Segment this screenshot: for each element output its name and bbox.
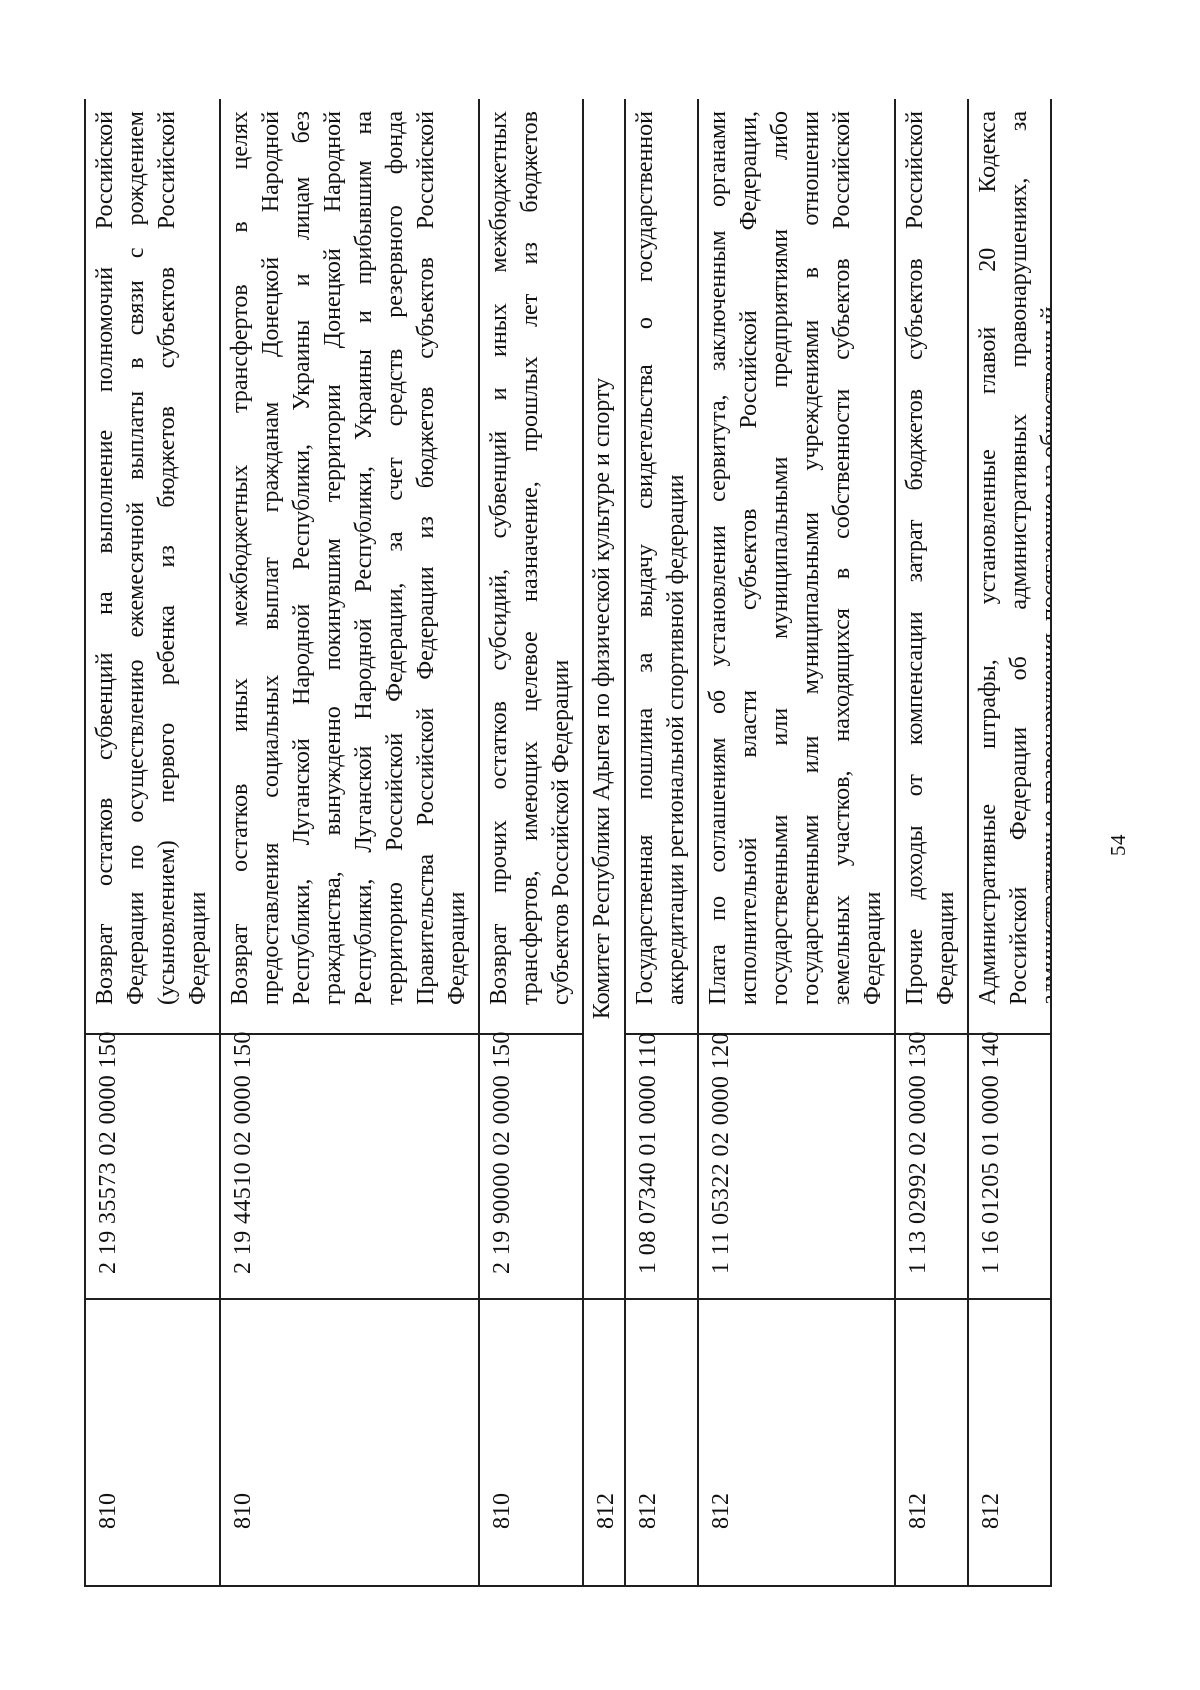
table-row: 8121 13 02992 02 0000 130Прочие доходы о… — [895, 99, 968, 1586]
table-row: 8121 16 01205 01 0000 140Административны… — [968, 99, 1052, 1586]
table-row: 8102 19 35573 02 0000 150Возврат остатко… — [85, 99, 220, 1586]
income-name-cell: Прочие доходы от компенсации затрат бюдж… — [895, 99, 968, 1034]
name-line: гражданства, вынужденно покинувшим терри… — [318, 111, 349, 1005]
name-line: Государственная пошлина за выдачу свидет… — [630, 111, 661, 1005]
name-line: Федерации — [183, 111, 214, 1005]
budget-table-region: 8102 19 35573 02 0000 150Возврат остатко… — [84, 99, 1052, 1587]
name-line: Плата по соглашениям об установлении сер… — [703, 111, 734, 1005]
name-line: Республики, Луганской Народной Республик… — [349, 111, 380, 1005]
name-line: Возврат остатков иных межбюджетных транс… — [225, 111, 256, 1005]
name-line: административные правонарушения, посягаю… — [1035, 111, 1052, 1005]
table-row: 8102 19 44510 02 0000 150Возврат остатко… — [220, 99, 479, 1586]
kbk-code-cell: 1 08 07340 01 0000 110 — [625, 1034, 698, 1299]
page-number: 54 — [1106, 0, 1131, 1690]
name-line: территорию Российской Федерации, за счет… — [380, 111, 411, 1005]
income-name-cell: Государственная пошлина за выдачу свидет… — [625, 99, 698, 1034]
income-name-cell: Административные штрафы, установленные г… — [968, 99, 1052, 1034]
admin-code-cell: 812 — [698, 1299, 895, 1586]
name-line: исполнительной власти субъектов Российск… — [734, 111, 765, 1005]
budget-table: 8102 19 35573 02 0000 150Возврат остатко… — [84, 99, 1052, 1587]
table-row: 8102 19 90000 02 0000 150Возврат прочих … — [479, 99, 583, 1586]
income-name-cell: Плата по соглашениям об установлении сер… — [698, 99, 895, 1034]
name-line: государственными или муниципальными учре… — [796, 111, 827, 1005]
name-line: Республики, Луганской Народной Республик… — [287, 111, 318, 1005]
name-line: Административные штрафы, установленные г… — [973, 111, 1004, 1005]
kbk-code-cell: 2 19 90000 02 0000 150 — [479, 1034, 583, 1299]
admin-code-cell: 810 — [479, 1299, 583, 1586]
admin-code-cell: 812 — [625, 1299, 698, 1586]
table-row: 8121 08 07340 01 0000 110Государственная… — [625, 99, 698, 1586]
name-line: Прочие доходы от компенсации затрат бюдж… — [900, 111, 931, 1005]
name-line: предоставления социальных выплат граждан… — [256, 111, 287, 1005]
kbk-code-cell: 1 13 02992 02 0000 130 — [895, 1034, 968, 1299]
name-line: (усыновлением) первого ребенка из бюджет… — [152, 111, 183, 1005]
table-row: 8121 11 05322 02 0000 120Плата по соглаш… — [698, 99, 895, 1586]
name-line: субъектов Российской Федерации — [546, 111, 577, 1005]
name-line: трансфертов, имеющих целевое назначение,… — [515, 111, 546, 1005]
admin-code-cell: 810 — [220, 1299, 479, 1586]
admin-code-cell: 812 — [895, 1299, 968, 1586]
name-line: аккредитации региональной спортивной фед… — [661, 111, 692, 1005]
rotated-scanned-page: 8102 19 35573 02 0000 150Возврат остатко… — [0, 0, 1200, 1690]
kbk-code-cell: 2 19 35573 02 0000 150 — [85, 1034, 220, 1299]
budget-table-body: 8102 19 35573 02 0000 150Возврат остатко… — [85, 99, 1052, 1586]
admin-code-cell: 812 — [583, 1299, 625, 1586]
income-name-cell: Возврат остатков иных межбюджетных транс… — [220, 99, 479, 1034]
name-line: земельных участков, находящихся в собств… — [827, 111, 858, 1005]
admin-code-cell: 812 — [968, 1299, 1052, 1586]
name-line: Федерации — [858, 111, 889, 1005]
kbk-code-cell: 2 19 44510 02 0000 150 — [220, 1034, 479, 1299]
name-line: Правительства Российской Федерации из бю… — [411, 111, 442, 1005]
income-name-cell: Возврат остатков субвенций на выполнение… — [85, 99, 220, 1034]
name-line: Федерации — [442, 111, 473, 1005]
income-name-cell: Возврат прочих остатков субсидий, субвен… — [479, 99, 583, 1034]
kbk-code-cell: 1 16 01205 01 0000 140 — [968, 1034, 1052, 1299]
name-line: государственными или муниципальными пред… — [765, 111, 796, 1005]
name-line: Возврат остатков субвенций на выполнение… — [90, 111, 121, 1005]
name-line: Возврат прочих остатков субсидий, субвен… — [484, 111, 515, 1005]
name-line: Российской Федерации об административных… — [1004, 111, 1035, 1005]
kbk-code-cell: 1 11 05322 02 0000 120 — [698, 1034, 895, 1299]
name-line: Федерации — [931, 111, 962, 1005]
section-title-cell: Комитет Республики Адыгея по физической … — [583, 99, 625, 1299]
section-header-row: 812Комитет Республики Адыгея по физическ… — [583, 99, 625, 1586]
admin-code-cell: 810 — [85, 1299, 220, 1586]
name-line: Федерации по осуществлению ежемесячной в… — [121, 111, 152, 1005]
